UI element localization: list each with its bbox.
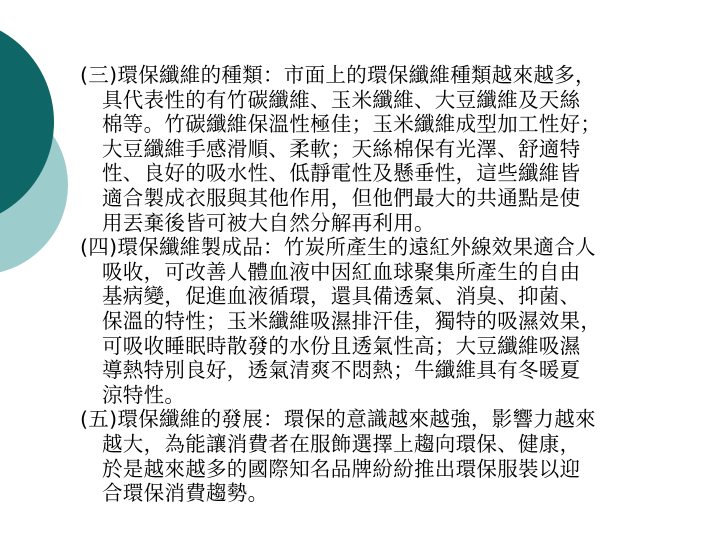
section-marker: (三) <box>80 63 117 87</box>
text-line: 吸收，可改善人體血液中因紅血球聚集所產生的自由 <box>80 260 601 285</box>
text-line: 越大，為能讓消費者在服飾選擇上趨向環保、健康， <box>80 432 596 457</box>
text-line: 環保纖維製成品：竹炭所產生的遠紅外線效果適合人 <box>117 235 595 259</box>
text-line: 導熱特別良好，透氣清爽不悶熱；牛纖維具有冬暖夏 <box>80 358 601 383</box>
slide-body: (三)環保纖維的種類：市面上的環保纖維種類越來越多， 具代表性的有竹碳纖維、玉米… <box>80 63 700 506</box>
text-line: 基病變，促進血液循環，還具備透氣、消臭、抑菌、 <box>80 284 601 309</box>
section-4: (四)環保纖維製成品：竹炭所產生的遠紅外線效果適合人 吸收，可改善人體血液中因紅… <box>80 235 700 407</box>
text-line: 用丟棄後皆可被大自然分解再利用。 <box>80 211 601 236</box>
text-line: 可吸收睡眠時散發的水份且透氣性高；大豆纖維吸濕 <box>80 334 601 359</box>
text-line: 涼特性。 <box>80 383 601 408</box>
section-marker: (五) <box>80 407 117 431</box>
section-5: (五)環保纖維的發展：環保的意識越來越強，影響力越來 越大，為能讓消費者在服飾選… <box>80 407 700 505</box>
text-line: 大豆纖維手感滑順、柔軟；天絲棉保有光澤、舒適特 <box>80 137 601 162</box>
text-line: 棉等。竹碳纖維保溫性極佳；玉米纖維成型加工性好； <box>80 112 601 137</box>
section-marker: (四) <box>80 235 117 259</box>
section-3: (三)環保纖維的種類：市面上的環保纖維種類越來越多， 具代表性的有竹碳纖維、玉米… <box>80 63 700 235</box>
text-line: 保溫的特性；玉米纖維吸濕排汗佳，獨特的吸濕效果， <box>80 309 601 334</box>
text-line: 環保纖維的種類：市面上的環保纖維種類越來越多， <box>117 63 595 87</box>
text-line: 合環保消費趨勢。 <box>80 481 596 506</box>
text-line: 適合製成衣服與其他作用，但他們最大的共通點是使 <box>80 186 601 211</box>
text-line: 具代表性的有竹碳纖維、玉米纖維、大豆纖維及天絲 <box>80 88 601 113</box>
text-line: 於是越來越多的國際知名品牌紛紛推出環保服裝以迎 <box>80 457 596 482</box>
text-line: 性、良好的吸水性、低靜電性及懸垂性，這些纖維皆 <box>80 161 601 186</box>
text-line: 環保纖維的發展：環保的意識越來越強，影響力越來 <box>117 407 595 431</box>
